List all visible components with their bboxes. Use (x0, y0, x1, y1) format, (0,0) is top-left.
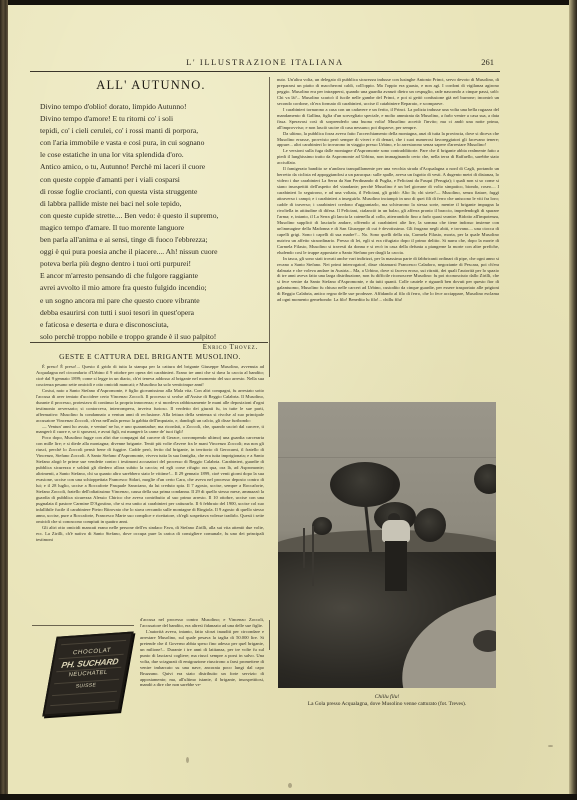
poem-line: Antico amico, o tu, Autunno! Perchè mi l… (40, 161, 262, 173)
poem-line: magico tempo d'amare. Il tuo morente lan… (40, 222, 262, 234)
poem-line: ben parla all'anima e ai sensi, tinge di… (40, 234, 262, 246)
running-header: L' ILLUSTRAZIONE ITALIANA 261 (30, 57, 500, 72)
poem-author: Enrico Thovez. (40, 344, 262, 351)
poem-line: di labbra pallide miste nei baci nel sol… (40, 198, 262, 210)
suchard-chocolate-advertisement: CHOCOLAT PH. SUCHARD NEUCHATEL SUISSE (32, 625, 134, 716)
poem-line: e faticosa e deserta e dura e disconosci… (40, 319, 262, 331)
poem-line: Divino tempo d'amore! E tu ritorni co' i… (40, 113, 262, 125)
caption-quote: Chillu filu! (280, 693, 494, 701)
tree-crown (414, 508, 446, 542)
scan-border-bottom (0, 794, 577, 800)
article-paragraph: In tasca, gli sono stati trovati anche v… (277, 256, 499, 304)
poem-line: con queste coppie d'amanti per i viali c… (40, 174, 262, 186)
tree-crown (312, 517, 332, 535)
poem-all-autunno: ALL' AUTUNNO. Divino tempo d'oblio! dora… (40, 78, 262, 351)
page-right-edge (569, 0, 577, 800)
article-title: GESTE E CATTURA DEL BRIGANTE MUSOLINO. (36, 352, 264, 361)
tree-crown (474, 464, 496, 494)
poem-title: ALL' AUTUNNO. (40, 78, 262, 93)
poem-line: con l'aria immobile e vasta e così pura,… (40, 137, 262, 149)
section-divider-rule (30, 342, 268, 343)
fence-post (303, 528, 305, 568)
article-paragraph: d'accusa nel processo contro Musolino; e… (140, 617, 264, 629)
bar-ridge (61, 640, 126, 645)
column-divider (269, 77, 270, 377)
photo-rock (473, 630, 496, 652)
person-figure-legs (385, 541, 407, 591)
bar-ridge (52, 691, 117, 696)
article-paragraph: Gli altri otto omicidi mancati erano nel… (36, 525, 264, 543)
poem-line: E ancor m'arresto pensando di che fulgor… (40, 270, 262, 282)
paper-speck (548, 745, 553, 747)
article-paragraph: L'autorità aveva, intanto, fatto sforzi … (140, 629, 264, 689)
caption-description: La Gola presso Acqualagna, dove Musolino… (280, 701, 494, 708)
article-right-column: nuto. Un'altra volta, un delegato di pub… (277, 77, 499, 303)
article-paragraph: Le versioni sulla fuga dalle montagne d'… (277, 148, 499, 166)
poem-line: poteva berla più degno dentro i tuoi ort… (40, 258, 262, 270)
page-number: 261 (481, 57, 494, 67)
poem-line: avrei avvolto il mio amore fra questo fu… (40, 282, 262, 294)
article-narrow-column: d'accusa nel processo contro Musolino; e… (140, 617, 264, 688)
poem-line: di rosse foglie crocianti, con questa vi… (40, 186, 262, 198)
column-divider-lower (269, 620, 270, 650)
poem-line: debba esaurirsi con tutti i suoi tesori … (40, 307, 262, 319)
book-binding-edge (0, 0, 8, 800)
bar-ridge (50, 701, 115, 706)
article-paragraph: Costui, nato a Santo Stefano d'Aspromont… (36, 388, 264, 424)
paper-speck (288, 783, 292, 788)
fence-post (312, 526, 314, 586)
article-paragraph: È preso! È preso!... Questo il grido di … (36, 364, 264, 388)
poem-line: e un sogno ancora mi pare che questo cuo… (40, 295, 262, 307)
person-figure-body (382, 520, 410, 542)
paper-speck (186, 757, 189, 763)
article-left-column: GESTE E CATTURA DEL BRIGANTE MUSOLINO. È… (36, 352, 264, 543)
article-paragraph: — Ventun' anni ho avuto, e ventun' ne ho… (36, 424, 264, 436)
poem-line: le cose estatiche in una lor vita splend… (40, 149, 262, 161)
landscape-photograph (278, 402, 496, 688)
photo-caption: Chillu filu! La Gola presso Acqualagna, … (280, 693, 494, 708)
photo-sky (278, 457, 496, 458)
poem-line: oggi è qui pura poesia anche il piacere.… (40, 246, 262, 258)
poem-line: tepidi, co' i cieli cerulei, co' i rossi… (40, 125, 262, 137)
chocolate-bar-illustration: CHOCOLAT PH. SUCHARD NEUCHATEL SUISSE (42, 631, 133, 716)
poem-line: Divino tempo d'oblio! dorato, limpido Au… (40, 101, 262, 113)
article-paragraph: Il famigerato bandito se n'andava tranqu… (277, 166, 499, 255)
article-paragraph: Poco dopo, Musolino fugge con altri due … (36, 435, 264, 524)
tree-crown (330, 462, 400, 507)
article-paragraph: I carabinieri tornarono a casa con un ca… (277, 107, 499, 131)
article-paragraph: nuto. Un'altra volta, un delegato di pub… (277, 77, 499, 107)
publication-title: L' ILLUSTRAZIONE ITALIANA (30, 57, 500, 67)
article-paragraph: Da ultimo, la pubblica forza aveva fatto… (277, 131, 499, 149)
poem-line: con queste cupide strette.... Ben vedo: … (40, 210, 262, 222)
